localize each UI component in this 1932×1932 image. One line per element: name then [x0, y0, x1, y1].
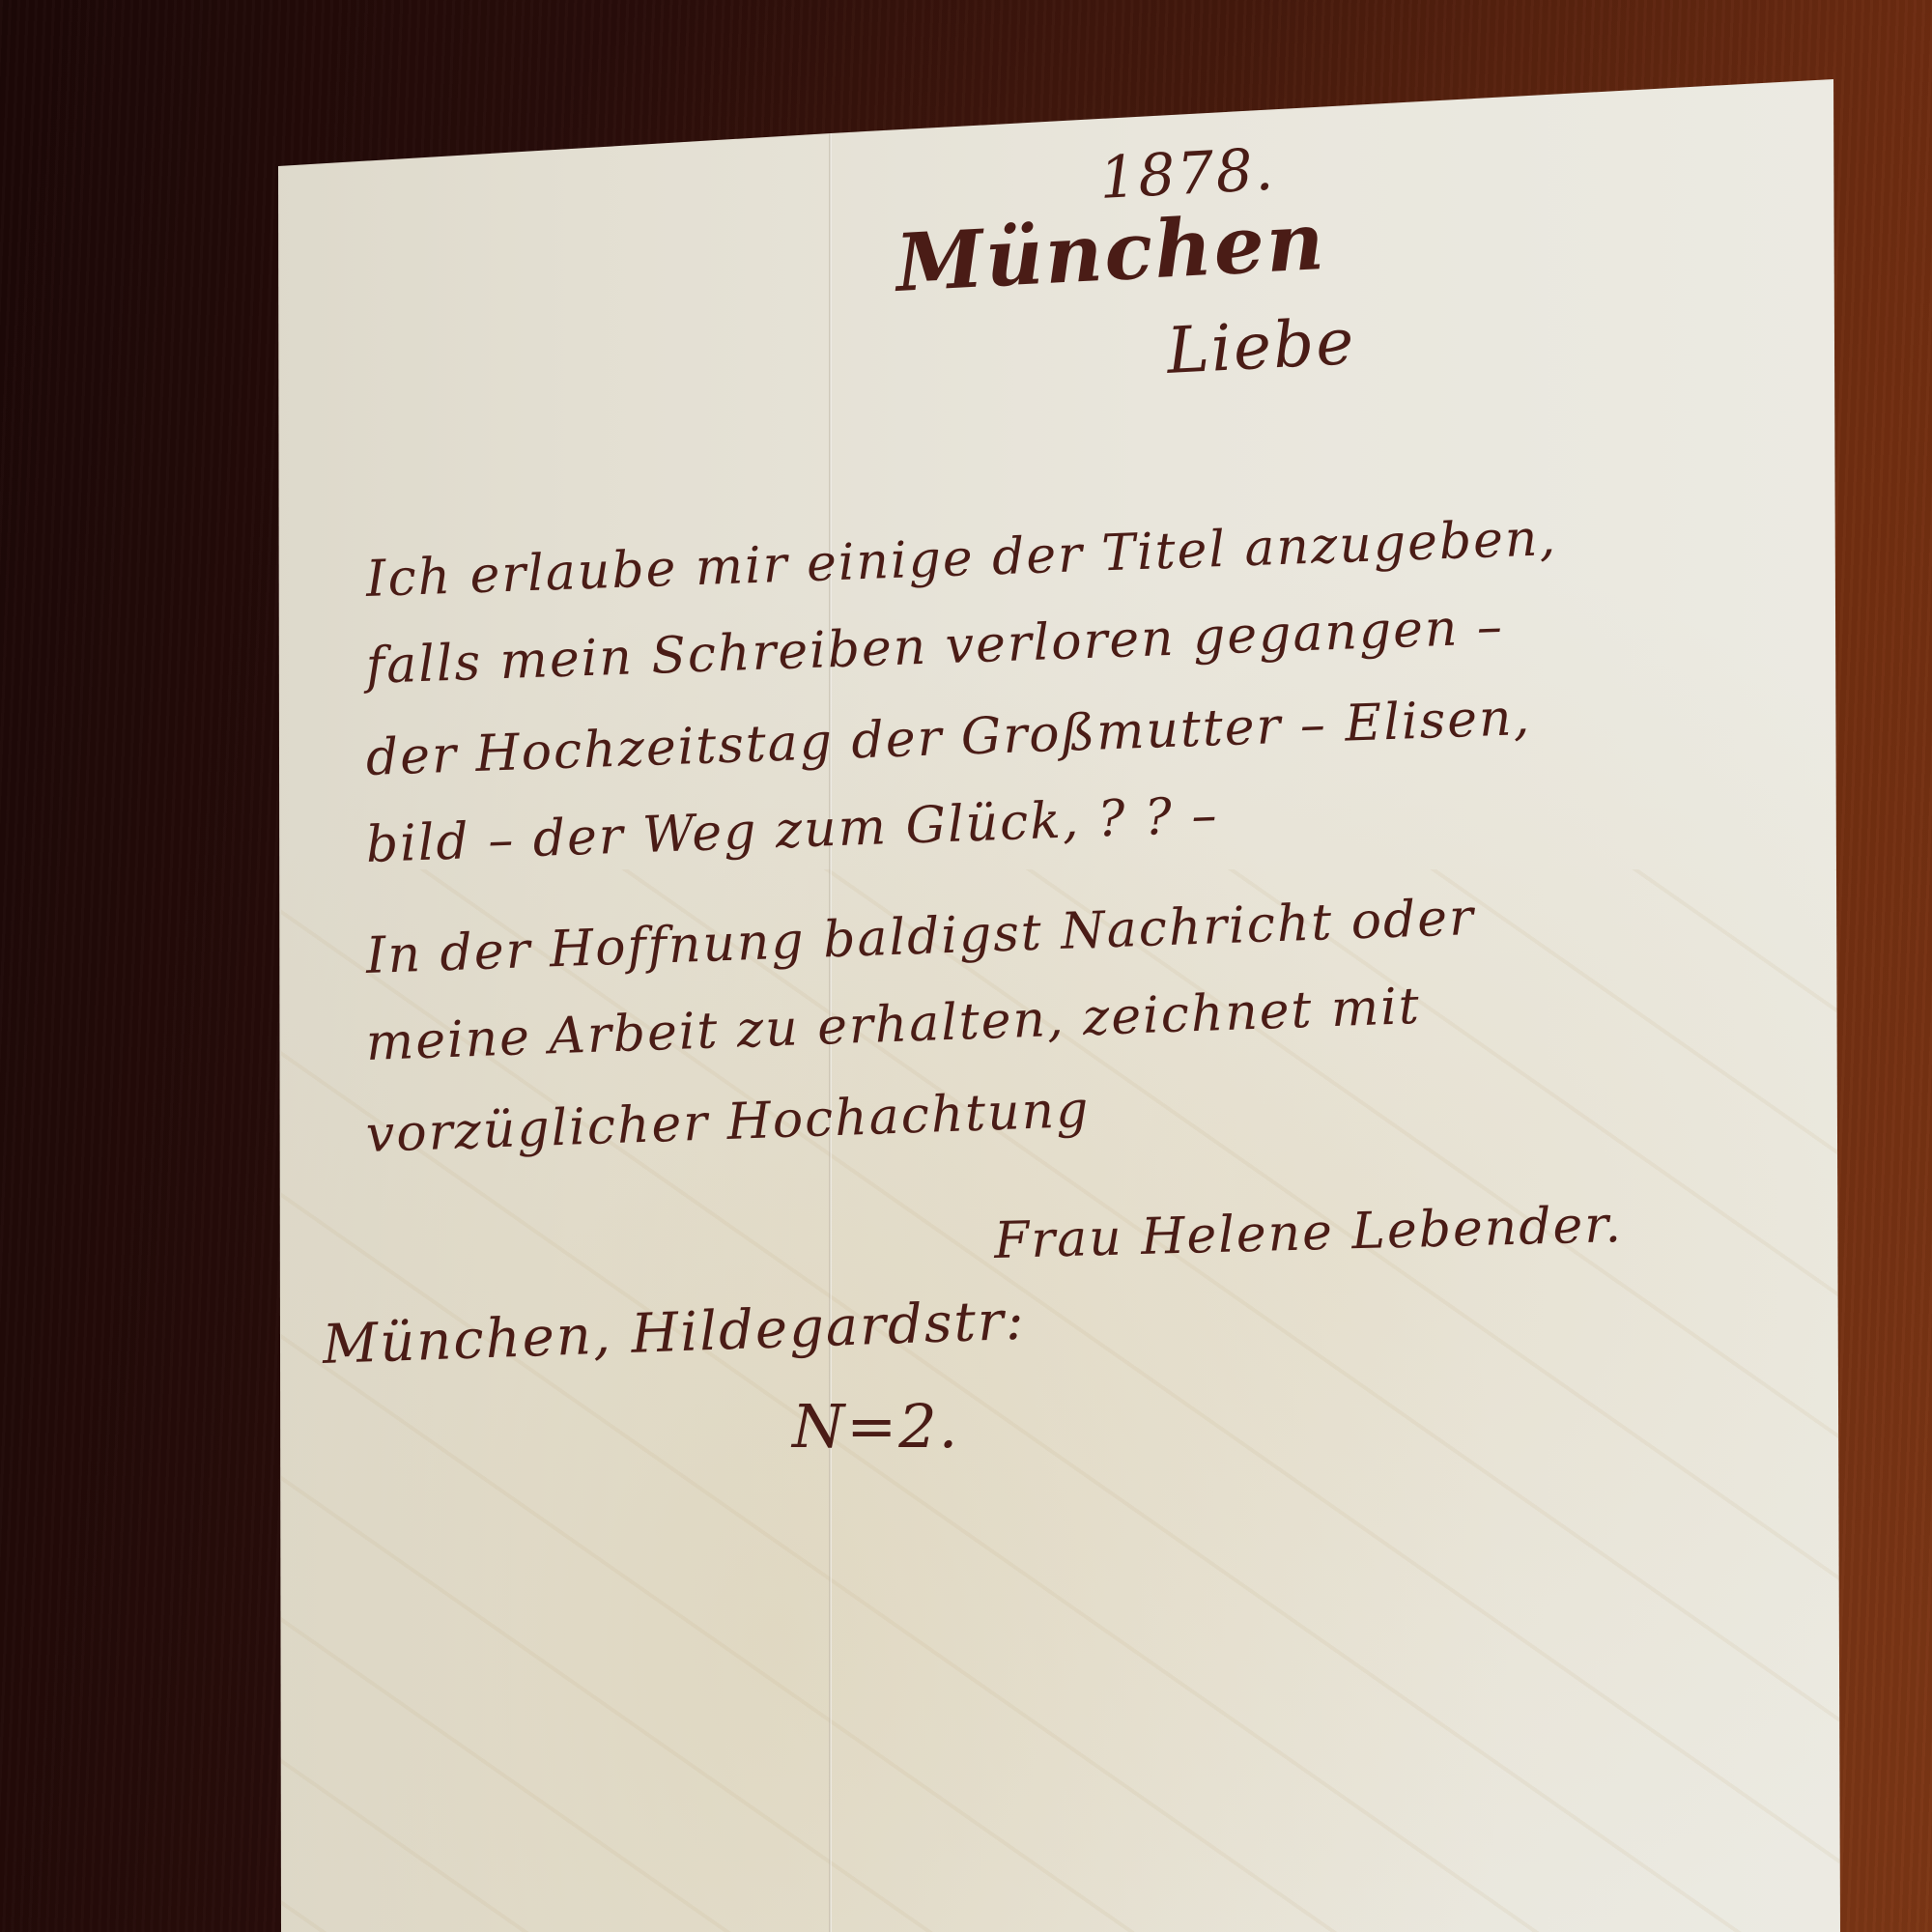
letter-city-heading: München: [894, 195, 1328, 310]
letter-salutation: Liebe: [1165, 304, 1357, 388]
sender-address-number: N=2.: [792, 1391, 959, 1462]
letter-sheet: 1878. München Liebe Ich erlaube mir eini…: [0, 0, 1932, 1932]
body-line: Ich erlaube mir einige der Titel anzugeb…: [365, 509, 1558, 609]
body-line: falls mein Schreiben verloren gegangen –: [365, 598, 1505, 696]
body-line: bild – der Weg zum Glück, ? ? –: [365, 786, 1220, 874]
body-line: der Hochzeitstag der Großmutter – Elisen…: [365, 689, 1532, 787]
